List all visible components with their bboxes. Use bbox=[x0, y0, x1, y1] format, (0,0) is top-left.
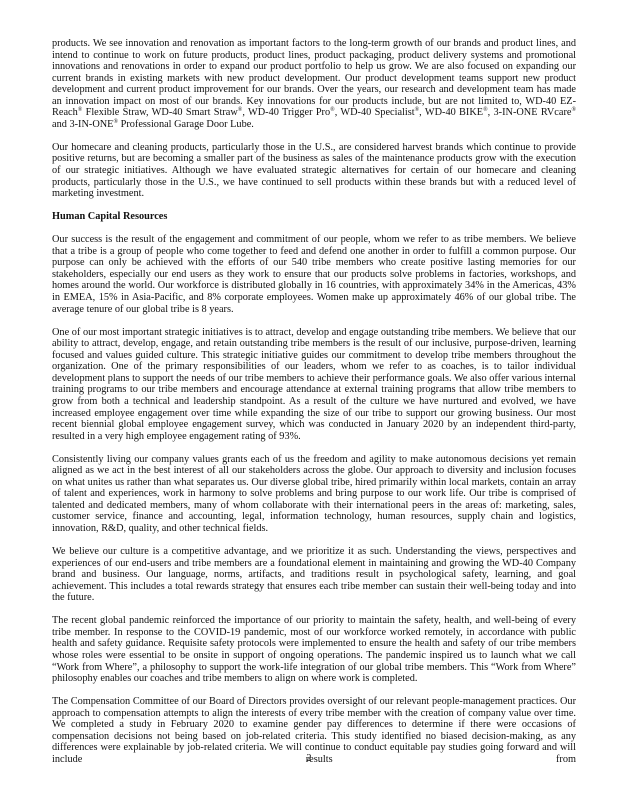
paragraph-tribe-overview: Our success is the result of the engagem… bbox=[52, 234, 576, 315]
text-run: Flexible Straw, WD-40 Smart Straw bbox=[82, 107, 237, 118]
paragraph-pandemic-response: The recent global pandemic reinforced th… bbox=[52, 615, 576, 684]
text-run: , WD-40 Specialist bbox=[335, 107, 415, 118]
document-page: products. We see innovation and renovati… bbox=[52, 38, 576, 777]
text-run: Professional Garage Door Lube. bbox=[118, 119, 254, 130]
paragraph-culture: We believe our culture is a competitive … bbox=[52, 546, 576, 604]
paragraph-innovation: products. We see innovation and renovati… bbox=[52, 38, 576, 130]
paragraph-diversity-inclusion: Consistently living our company values g… bbox=[52, 454, 576, 535]
section-heading-human-capital: Human Capital Resources bbox=[52, 211, 576, 223]
text-run: and 3-IN-ONE bbox=[52, 119, 113, 130]
text-run: , 3-IN-ONE RVcare bbox=[488, 107, 572, 118]
page-number: 2 bbox=[0, 753, 618, 764]
text-run: , WD-40 Trigger Pro bbox=[242, 107, 330, 118]
registered-mark: ® bbox=[571, 107, 576, 113]
paragraph-talent-development: One of our most important strategic init… bbox=[52, 327, 576, 442]
paragraph-homecare: Our homecare and cleaning products, part… bbox=[52, 142, 576, 200]
text-run: , WD-40 BIKE bbox=[419, 107, 483, 118]
